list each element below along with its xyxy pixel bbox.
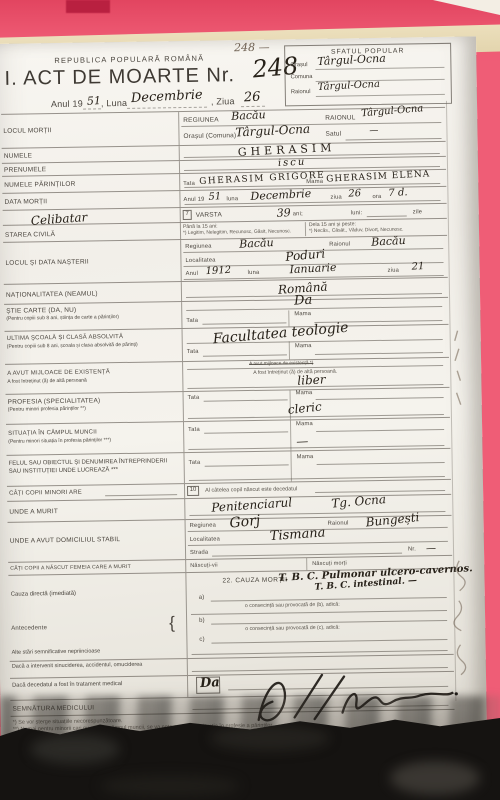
scoala-sub: (Pentru copiii sub 8 ani, școala și clas…	[7, 341, 179, 351]
dom-regiunea-value: Gorj	[229, 513, 261, 532]
antecedente-label: Antecedente	[11, 625, 47, 632]
luna-value: Decembrie	[250, 187, 311, 203]
anul-value: 51	[208, 191, 221, 203]
nationalitatea-label: NAȚIONALITATEA (NEAMUL)	[6, 290, 98, 298]
nascuti-vii-label: Născuți-vii	[190, 563, 218, 569]
table-row: UNDE A AVUT DOMICILIUL STABIL Regiunea G…	[8, 516, 453, 563]
situatia-tata-label: Tata	[188, 427, 200, 433]
profesia-tata-label: Tata	[188, 395, 200, 401]
zile-label: zile	[413, 209, 423, 215]
al-catelea-label: Al câtelea copil născut este decedatul	[205, 486, 297, 493]
anul19-label: Anul 19	[183, 197, 204, 203]
scoala-mama-label: Mama	[295, 343, 312, 349]
situatia-sub: (Pentru minori situația în profesia pări…	[8, 436, 180, 446]
mijloace-label: A AVUT MIJLOACE DE EXISTENȚĂ	[7, 369, 110, 377]
sfat-raionul-value: Târgul-Ocna	[317, 79, 380, 93]
strada-label: Strada	[190, 550, 208, 556]
copii-nascuti-label: CÂȚI COPII A NĂSCUT FEMEIA CARE A MURIT	[10, 564, 131, 572]
mama-value: GHERASIM ELENA	[326, 169, 431, 184]
nast-raionul-value: Bacău	[371, 234, 406, 249]
nast-luna-label: luna	[248, 270, 260, 276]
nr-value: —	[426, 543, 437, 554]
orasul-value: Târgul-Ocna	[235, 122, 310, 140]
tratament-label: Dacă decedatul a fost în tratament medic…	[12, 680, 184, 690]
cauza-c-label: c)	[199, 637, 204, 643]
nast-anul-label: Anul	[186, 271, 198, 277]
satul-label: Satul	[325, 131, 341, 138]
unde-a-murit-label: UNDE A MURIT	[9, 508, 58, 516]
copii-minori-label: CÂȚI COPII MINORI ARE	[9, 490, 82, 497]
table-row: LOCUL ȘI DATA NAȘTERII Regiunea Bacău Ra…	[3, 236, 448, 285]
stie-tata-label: Tata	[186, 318, 198, 324]
country-heading: REPUBLICA POPULARĂ ROMÂNĂ	[54, 54, 204, 65]
stare-opt1: *) Legitim, Nelegitim, Recunosc, Găsit, …	[183, 229, 291, 237]
luna-label: luna	[226, 196, 238, 202]
varsta-box-number: 7	[183, 210, 192, 220]
dom-localitatea-value: Tismana	[269, 525, 326, 544]
orasul-label: Orașul (Comuna)	[183, 132, 236, 140]
stie-carte-sub: (Pentru copiii sub 8 ani, știința de car…	[6, 313, 178, 323]
death-certificate-sheet: 248 — REPUBLICA POPULARĂ ROMÂNĂ I. ACT D…	[0, 36, 487, 746]
felul-mama-label: Mama	[297, 454, 314, 460]
nast-anul-value: 1912	[205, 265, 231, 277]
ani-label: ani;	[293, 211, 303, 217]
scoala-tata-label: Tata	[187, 349, 199, 355]
mijloace-label2: A fost întreținut (ă) de altă persoană	[7, 376, 179, 386]
sfat-orasul-label: Orașul	[290, 62, 307, 68]
nast-regiunea-value: Bacău	[239, 236, 274, 251]
stie-carte-value: Da	[294, 293, 313, 309]
nast-regiunea-label: Regiunea	[185, 244, 212, 250]
dom-localitatea-label: Localitatea	[190, 537, 220, 543]
unde-a-murit-value1: Penitenciarul	[211, 495, 293, 514]
nast-ziua-label: ziua	[388, 268, 400, 274]
consec-c-label: o consecință sau provocată de (c), adică…	[245, 625, 340, 632]
profesia-sub: (Pentru minori profesia părinților **)	[8, 404, 180, 414]
brace-glyph: {	[169, 613, 175, 633]
cauza-b-label: b)	[199, 618, 205, 624]
stie-mama-label: Mama	[294, 311, 311, 317]
date-anul-label: Anul 19	[51, 99, 83, 110]
sfatul-popular-box: SFATUL POPULAR Orașul Târgul-Ocna Comuna…	[284, 43, 452, 107]
raionul-label: RAIONUL	[325, 114, 355, 121]
sfat-raionul-line: Raionul Târgul-Ocna	[286, 81, 451, 99]
profesia-value: cleric	[287, 399, 322, 416]
date-luna-value: Decembrie	[131, 87, 203, 106]
data-mortii-label: DATA MORȚII	[4, 198, 47, 206]
ora-label: ora	[372, 194, 381, 200]
profesia-label: PROFESIA (SPECIALITATEA)	[8, 397, 101, 405]
ora-value: 7 d.	[388, 187, 408, 199]
certificate-table: LOCUL MORȚII REGIUNEA Bacău RAIONUL Târg…	[1, 107, 454, 717]
scoala-label: ULTIMA ȘCOALĂ ȘI CLASĂ ABSOLVITĂ	[7, 334, 124, 342]
luni-label: luni:	[351, 210, 363, 216]
date-anul-value: 51	[87, 94, 102, 108]
nast-ziua-value: 21	[411, 261, 424, 273]
sheet-content: 248 — REPUBLICA POPULARĂ ROMÂNĂ I. ACT D…	[0, 37, 473, 746]
profesia-mama-label: Mama	[296, 390, 313, 396]
pencil-number: 248 —	[234, 41, 270, 55]
numele-label: NUMELE	[4, 152, 32, 159]
table-row: Cauza directă (imediată) Antecedente { A…	[8, 569, 453, 662]
dom-raionul-label: Raionul	[328, 520, 349, 526]
locul-mortii-label: LOCUL MORȚII	[3, 127, 51, 135]
domiciliul-label: UNDE A AVUT DOMICILIUL STABIL	[10, 536, 120, 545]
regiunea-value: Bacău	[231, 108, 266, 123]
sfat-orasul-value: Târgul-Ocna	[317, 52, 386, 68]
date-ziua-value: 26	[244, 90, 261, 106]
sinucidere-label: Dacă a intervenit sinuciderea, accidentu…	[12, 661, 184, 671]
situatia-mama-label: Mama	[296, 421, 313, 427]
starea-civila-label: STAREA CIVILĂ	[5, 231, 55, 239]
felul-tata-label: Tata	[189, 460, 201, 466]
ziua-label: ziua	[330, 195, 342, 201]
sfat-raionul-label: Raionul	[291, 89, 311, 95]
dark-red-patch	[66, 0, 110, 13]
nascuti-morti-label: Născuți morți	[312, 561, 347, 568]
stare-opt1-pre: Până la 15 ani:	[183, 224, 218, 231]
nast-luna-value: Ianuarie	[289, 261, 337, 276]
raionul-value: Târgul-Ocna	[361, 103, 424, 119]
regiunea-label: REGIUNEA	[183, 116, 219, 124]
cauza-a-label: a)	[199, 595, 205, 601]
date-ziua-label: , Ziua	[211, 96, 235, 106]
consec-b-label: o consecință sau provocată de (b), adică…	[245, 602, 340, 609]
satul-value: —	[369, 126, 378, 136]
nr-label: Nr.	[408, 546, 416, 552]
cauza-directa-label: Cauza directă (imediată)	[11, 589, 183, 599]
dom-regiunea-label: Regiunea	[190, 523, 217, 529]
margin-scribble	[451, 327, 466, 417]
stie-carte-label: ȘTIE CARTE (DA, NU)	[6, 307, 76, 315]
felul-label: FELUL SAU OBIECTUL ȘI DENUMIREA ÎNTREPRI…	[9, 458, 181, 476]
sfat-comuna-label: Comuna	[291, 74, 313, 80]
nasterea-label: LOCUL ȘI DATA NAȘTERII	[5, 259, 88, 267]
nast-raionul-label: Raionul	[329, 241, 350, 247]
stare-opt2-pre: Dela 15 ani și peste:	[309, 221, 356, 228]
ziua-value: 26	[348, 188, 361, 200]
varsta-ani-value: 39	[276, 206, 291, 220]
date-luna-label: , Luna	[101, 98, 127, 108]
situatia-label: SITUAȚIA ÎN CÂMPUL MUNCII	[8, 429, 97, 436]
varsta-label: VARSTA	[196, 211, 222, 218]
nast-localitatea-label: Localitatea	[185, 258, 215, 264]
copii-minori-box: 10	[187, 486, 199, 496]
prenumele-label: PRENUMELE	[4, 166, 46, 174]
tratament-value: Da	[200, 675, 220, 691]
parinti-label: NUMELE PĂRINȚILOR	[4, 181, 75, 189]
